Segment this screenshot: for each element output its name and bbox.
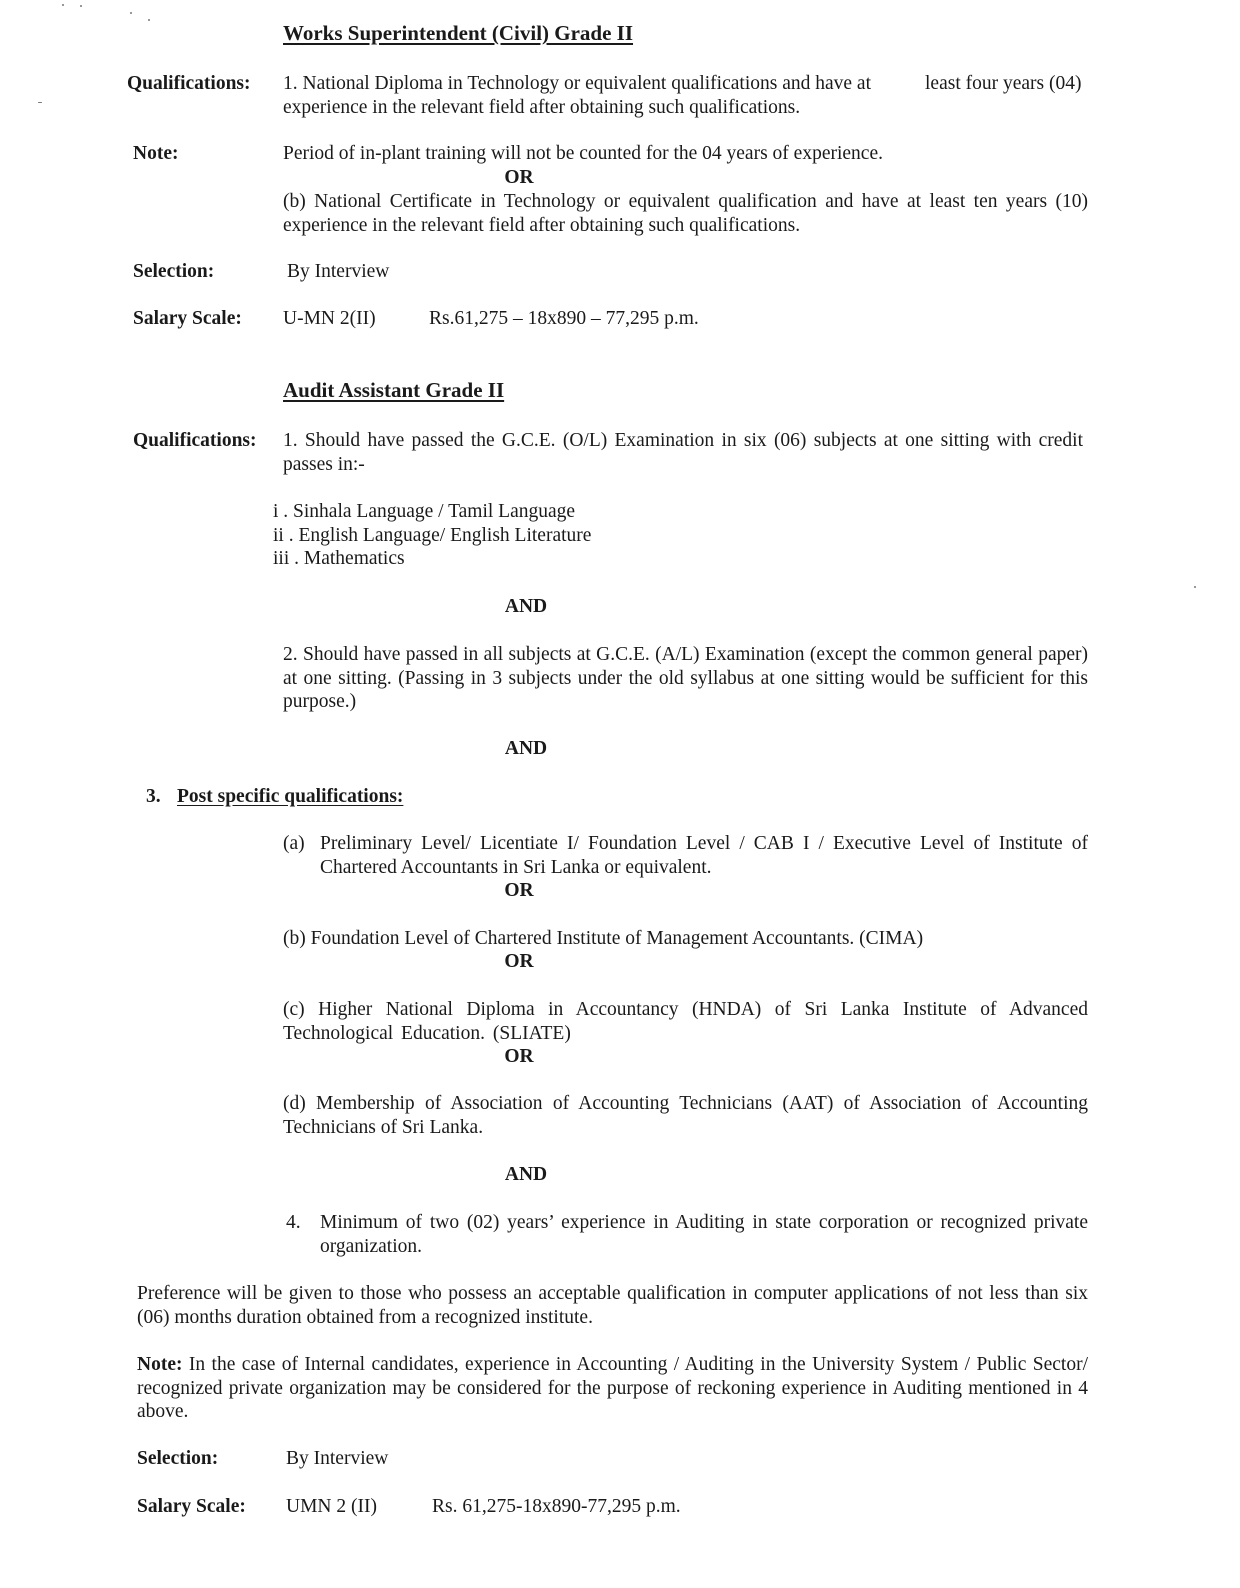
salary-value: Rs.61,275 – 18x890 – 77,295 p.m. [429, 307, 699, 331]
scan-speck [62, 4, 64, 6]
subject-item: iii . Mathematics [273, 547, 405, 571]
qualifications-label: Qualifications: [133, 429, 257, 453]
note-text: In the case of Internal candidates, expe… [137, 1354, 1088, 1422]
q3-item-d: (d) Membership of Association of Account… [283, 1092, 1088, 1139]
scan-speck [38, 102, 42, 103]
note-paragraph: Note: In the case of Internal candidates… [137, 1353, 1088, 1424]
q3-title: Post specific qualifications: [177, 785, 403, 809]
or-separator: OR [283, 166, 755, 190]
note-label: Note: [137, 1354, 182, 1375]
q3-number: 3. [146, 785, 161, 809]
qualification-text-part1: 1. National Diploma in Technology or equ… [283, 72, 871, 96]
q4-text: Minimum of two (02) years’ experience in… [320, 1211, 1088, 1258]
note-text: Period of in-plant training will not be … [283, 142, 883, 166]
note-label: Note: [133, 142, 178, 166]
section-title-works-superintendent: Works Superintendent (Civil) Grade II [283, 22, 633, 46]
scan-speck [130, 12, 132, 14]
preference-text: Preference will be given to those who po… [137, 1282, 1088, 1329]
selection-label: Selection: [133, 260, 214, 284]
q3-item-a-marker: (a) [283, 832, 305, 856]
qualifications-label: Qualifications: [127, 72, 251, 96]
or-separator: OR [283, 879, 755, 903]
selection-value: By Interview [287, 260, 389, 284]
salary-value: Rs. 61,275-18x890-77,295 p.m. [432, 1495, 681, 1519]
or-separator: OR [283, 950, 755, 974]
selection-label: Selection: [137, 1447, 218, 1471]
q3-item-b: (b) Foundation Level of Chartered Instit… [283, 927, 923, 951]
q3-item-a: Preliminary Level/ Licentiate I/ Foundat… [320, 832, 1088, 879]
q4-number: 4. [286, 1211, 301, 1235]
q2-text: 2. Should have passed in all subjects at… [283, 643, 1088, 714]
salary-scale-label: Salary Scale: [137, 1495, 246, 1519]
alt-qualification-text: (b) National Certificate in Technology o… [283, 190, 1088, 237]
selection-value: By Interview [286, 1447, 388, 1471]
q3-item-c: (c) Higher National Diploma in Accountan… [283, 998, 1088, 1045]
salary-scale-label: Salary Scale: [133, 307, 242, 331]
salary-code: U-MN 2(II) [283, 307, 376, 331]
and-separator: AND [283, 737, 769, 761]
subject-item: ii . English Language/ English Literatur… [273, 524, 591, 548]
scan-speck [80, 5, 82, 7]
or-separator: OR [283, 1045, 755, 1069]
qualification-text-part3: experience in the relevant field after o… [283, 96, 800, 120]
scan-speck [1194, 586, 1196, 588]
q1-text: 1. Should have passed the G.C.E. (O/L) E… [283, 429, 1083, 476]
qualification-text-part2: least four years (04) [925, 72, 1081, 96]
section-title-audit-assistant: Audit Assistant Grade II [283, 379, 504, 403]
salary-code: UMN 2 (II) [286, 1495, 377, 1519]
scan-speck [148, 19, 150, 21]
subject-item: i . Sinhala Language / Tamil Language [273, 500, 575, 524]
and-separator: AND [283, 1163, 769, 1187]
and-separator: AND [283, 595, 769, 619]
